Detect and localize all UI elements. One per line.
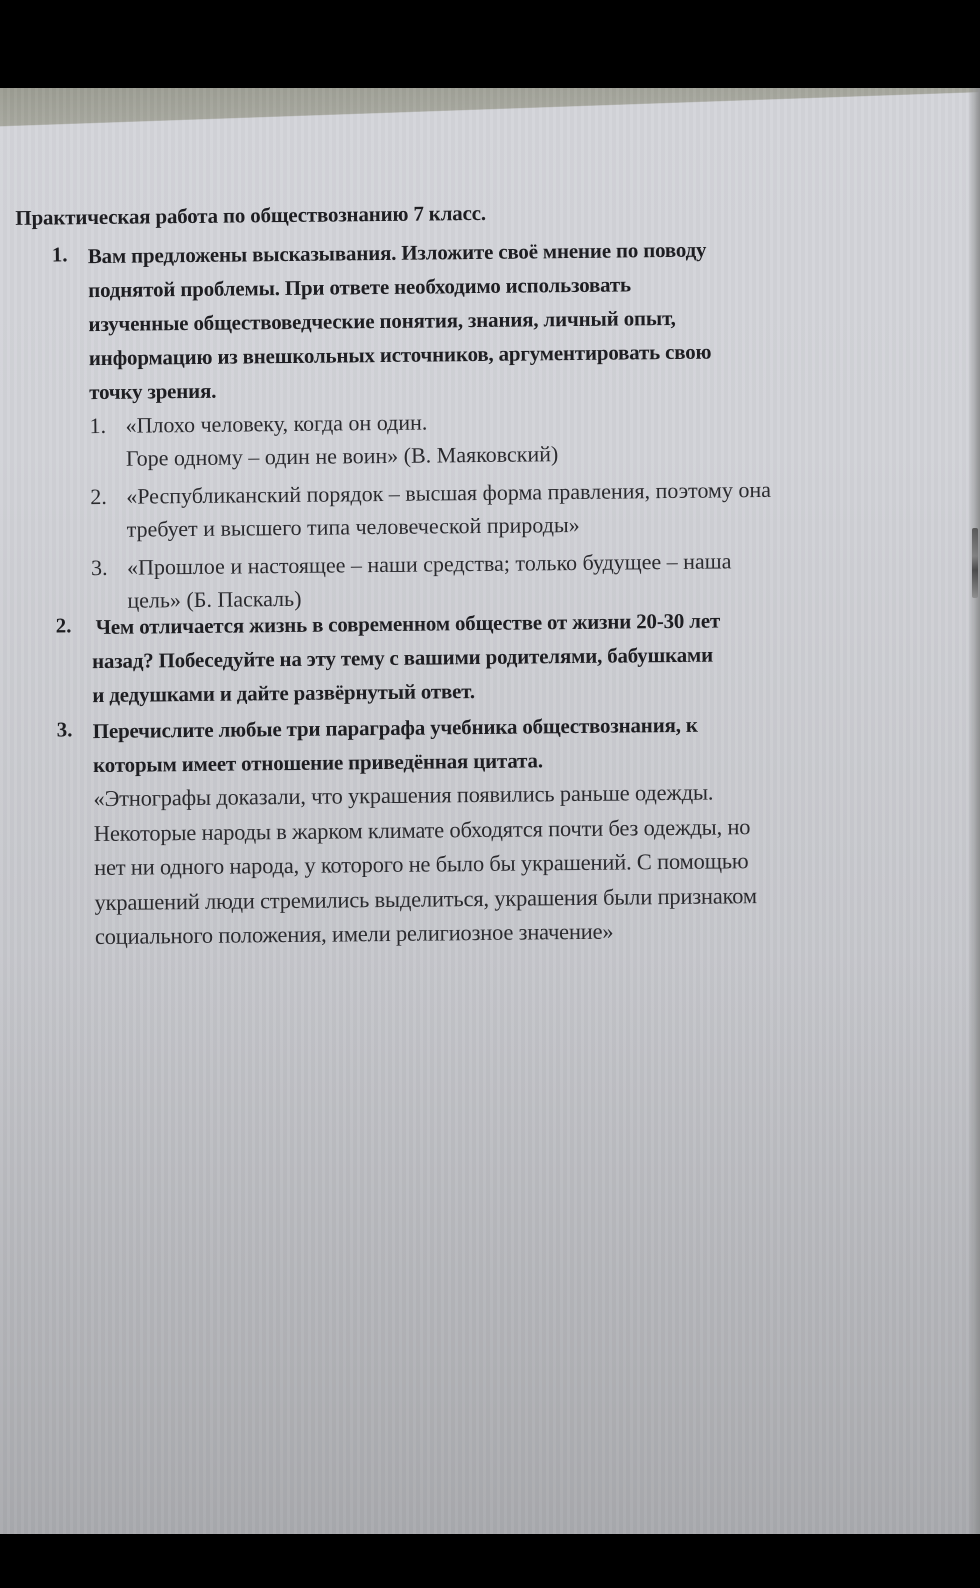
text-line: социального положения, имели религиозное… [95, 911, 919, 954]
statement-item: 1. «Плохо человеку, когда он один. Горе … [89, 400, 914, 475]
task-number: 2. [56, 613, 72, 638]
statement-number: 1. [89, 409, 106, 442]
text-line: Горе одному – один не воин» (В. Маяковск… [126, 433, 914, 474]
task-1-text: Вам предложены высказывания. Изложите св… [88, 230, 914, 409]
task-3-text: Перечислите любые три параграфа учебника… [93, 705, 918, 782]
statement-number: 2. [90, 480, 107, 513]
statements-list: 1. «Плохо человеку, когда он один. Горе … [89, 400, 915, 617]
right-edge-shadow [968, 88, 980, 1534]
task-1: 1. Вам предложены высказывания. Изложите… [52, 230, 916, 617]
task-number: 3. [57, 717, 73, 742]
worksheet-title: Практическая работа по обществознанию 7 … [15, 201, 486, 231]
task-2: 2. Чем отличается жизнь в современном об… [55, 601, 916, 712]
statement-item: 2. «Республиканский порядок – высшая фор… [90, 471, 915, 546]
binder-clip-icon [972, 528, 978, 598]
quote-block: «Этнографы доказали, что украшения появи… [93, 773, 919, 954]
text-line: требует и высшего типа человеческой прир… [126, 504, 914, 545]
task-3: 3. Перечислите любые три параграфа учебн… [57, 705, 919, 954]
task-2-text: Чем отличается жизнь в современном общес… [95, 601, 916, 712]
top-shadow [0, 88, 980, 138]
text-line: и дедушками и дайте развёрнутый ответ. [92, 669, 916, 712]
task-number: 1. [52, 242, 68, 267]
statement-number: 3. [91, 551, 108, 584]
document-photo: Практическая работа по обществознанию 7 … [0, 88, 980, 1534]
